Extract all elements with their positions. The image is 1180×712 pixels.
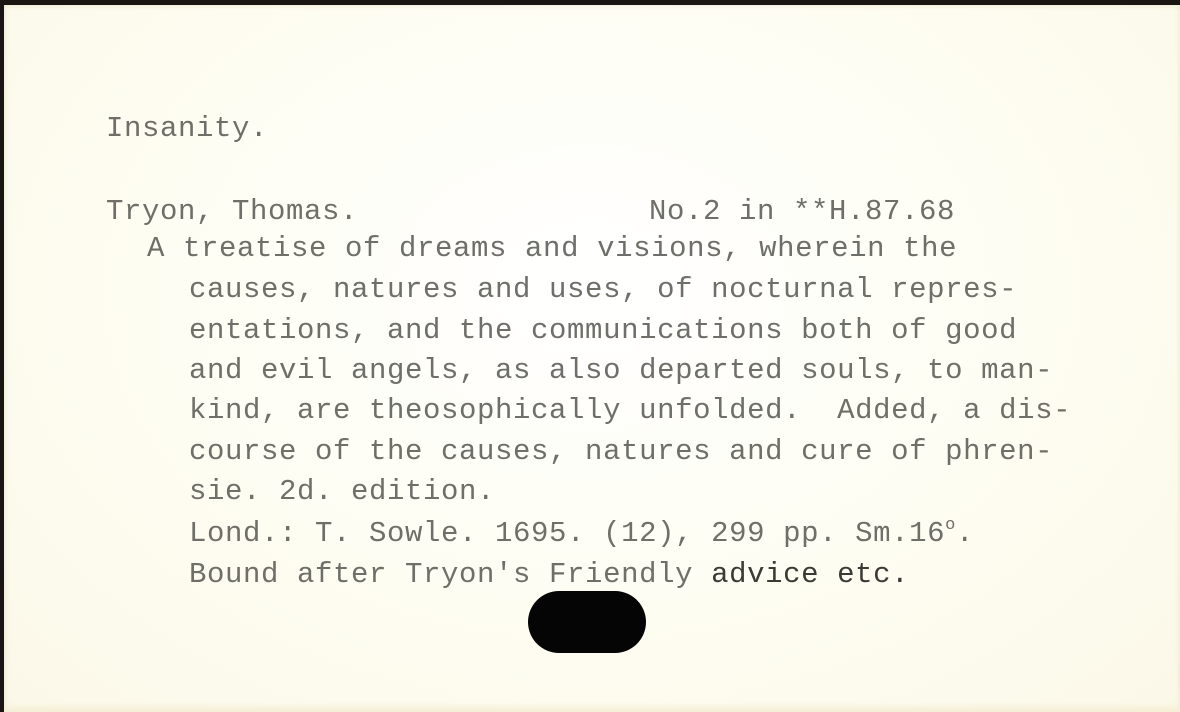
binding-note-dark: advice etc. <box>693 558 909 591</box>
imprint-line: Lond.: T. Sowle. 1695. (12), 299 pp. Sm.… <box>189 517 974 548</box>
subject-heading: Insanity. <box>106 114 268 143</box>
binding-note: Bound after Tryon's Friendly advice etc. <box>189 560 909 589</box>
title-line: sie. 2d. edition. <box>189 477 495 506</box>
author-name: Tryon, Thomas. <box>106 197 358 226</box>
title-line: and evil angels, as also departed souls,… <box>189 356 1053 385</box>
imprint-text: Lond.: T. Sowle. 1695. (12), 299 pp. Sm.… <box>189 517 945 550</box>
degree-mark: o <box>945 516 956 535</box>
punch-hole <box>528 591 646 653</box>
title-line: A treatise of dreams and visions, wherei… <box>147 234 957 263</box>
call-number: No.2 in **H.87.68 <box>649 197 955 226</box>
title-line: course of the causes, natures and cure o… <box>189 437 1053 466</box>
catalog-card: Insanity. Tryon, Thomas. No.2 in **H.87.… <box>4 5 1180 712</box>
title-line: causes, natures and uses, of nocturnal r… <box>189 275 1017 304</box>
title-line: kind, are theosophically unfolded. Added… <box>189 396 1071 425</box>
title-line: entations, and the communications both o… <box>189 316 1017 345</box>
imprint-end: . <box>956 517 974 550</box>
binding-note-faint: Bound after Tryon's Friendly <box>189 558 693 591</box>
